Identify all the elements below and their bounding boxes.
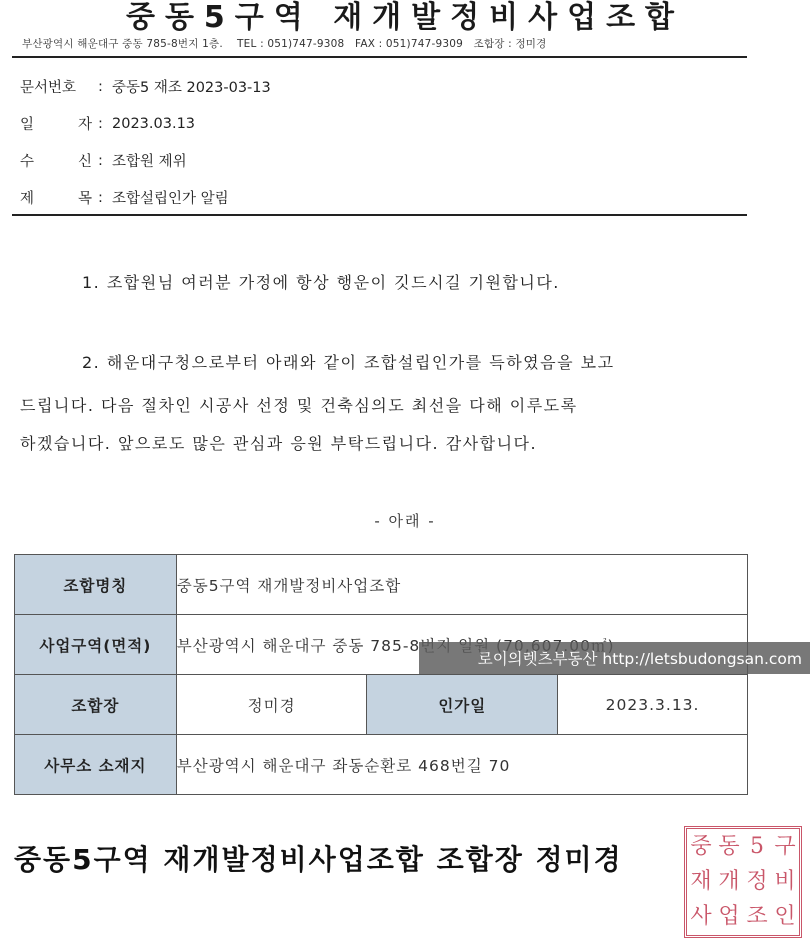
table-header-cell: 인가일 (367, 675, 558, 735)
meta-colon: : (98, 153, 112, 169)
watermark-text: 로이의렛츠부동산 http://letsbudongsan.com (478, 647, 802, 669)
meta-label: 수 신 (20, 150, 98, 171)
seal-char: 재 (687, 871, 715, 893)
seal-char: 사 (687, 906, 715, 928)
meta-label-text: 제 (20, 187, 34, 208)
body-paragraph-2-line-1: 2. 해운대구청으로부터 아래와 같이 조합설립인가를 득하였음을 보고 (82, 350, 615, 373)
meta-label: 제 목 (20, 187, 98, 208)
table-row: 조합명칭 중동5구역 재개발정비사업조합 (15, 555, 748, 615)
meta-label-text: 일 (20, 113, 34, 134)
table-header-cell: 사무소 소재지 (15, 735, 177, 795)
meta-value-date: 2023.03.13 (112, 116, 195, 132)
watermark-overlay: 로이의렛츠부동산 http://letsbudongsan.com (419, 642, 810, 674)
meta-label: 일 자 (20, 113, 98, 134)
seal-char: 동 (715, 836, 743, 858)
header-divider (12, 56, 747, 58)
seal-char: 개 (715, 871, 743, 893)
table-header-cell: 사업구역(면적) (15, 615, 177, 675)
seal-char: 5 (743, 836, 771, 858)
table-row: 사무소 소재지 부산광역시 해운대구 좌동순환로 468번길 70 (15, 735, 748, 795)
table-value-cell: 정미경 (176, 675, 367, 735)
meta-label-text: 자 (78, 113, 92, 134)
official-seal-stamp: 중 동 5 구 재 개 정 비 사 업 조 인 (684, 826, 802, 938)
table-value-cell: 2023.3.13. (558, 675, 748, 735)
meta-colon: : (98, 79, 112, 95)
body-paragraph-2-line-3: 하겠습니다. 앞으로도 많은 관심과 응원 부탁드립니다. 감사합니다. (20, 431, 537, 454)
union-info-table: 조합명칭 중동5구역 재개발정비사업조합 사업구역(면적) 부산광역시 해운대구… (14, 554, 748, 795)
table-header-cell: 조합명칭 (15, 555, 177, 615)
seal-char: 인 (771, 906, 799, 928)
table-header-cell: 조합장 (15, 675, 177, 735)
organization-title: 중동5구역 재개발정비사업조합 (0, 0, 800, 36)
table-value-cell: 부산광역시 해운대구 좌동순환로 468번길 70 (176, 735, 747, 795)
document-meta: 문서번호 : 중동5 재조 2023-03-13 일 자 : 2023.03.1… (20, 68, 271, 216)
seal-char: 정 (743, 871, 771, 893)
meta-colon: : (98, 190, 112, 206)
meta-row-recipient: 수 신 : 조합원 제위 (20, 142, 271, 179)
organization-contact-info: 부산광역시 해운대구 중동 785-8번지 1층. TEL : 051)747-… (22, 36, 546, 51)
meta-row-subject: 제 목 : 조합설립인가 알림 (20, 179, 271, 216)
meta-label: 문서번호 (20, 76, 98, 97)
body-paragraph-1: 1. 조합원님 여러분 가정에 항상 행운이 깃드시길 기원합니다. (82, 270, 560, 293)
meta-divider (12, 214, 747, 216)
table-value-cell: 중동5구역 재개발정비사업조합 (176, 555, 747, 615)
section-label-below: - 아래 - (0, 510, 810, 531)
meta-label-text: 문서번호 (20, 76, 76, 97)
meta-value-doc-number: 중동5 재조 2023-03-13 (112, 76, 271, 97)
meta-label-text: 수 (20, 150, 34, 171)
meta-value-subject: 조합설립인가 알림 (112, 187, 229, 208)
meta-row-date: 일 자 : 2023.03.13 (20, 105, 271, 142)
seal-char: 중 (687, 836, 715, 858)
meta-label-text: 신 (78, 150, 92, 171)
meta-label-text: 목 (78, 187, 92, 208)
seal-char: 조 (743, 906, 771, 928)
meta-row-doc-number: 문서번호 : 중동5 재조 2023-03-13 (20, 68, 271, 105)
meta-colon: : (98, 116, 112, 132)
table-row: 조합장 정미경 인가일 2023.3.13. (15, 675, 748, 735)
seal-char: 비 (771, 871, 799, 893)
signature-line: 중동5구역 재개발정비사업조합 조합장 정미경 (14, 838, 623, 878)
meta-value-recipient: 조합원 제위 (112, 150, 187, 171)
body-paragraph-2-line-2: 드립니다. 다음 절차인 시공사 선정 및 건축심의도 최선을 다해 이루도록 (20, 393, 578, 416)
seal-char: 구 (771, 836, 799, 858)
seal-char: 업 (715, 906, 743, 928)
